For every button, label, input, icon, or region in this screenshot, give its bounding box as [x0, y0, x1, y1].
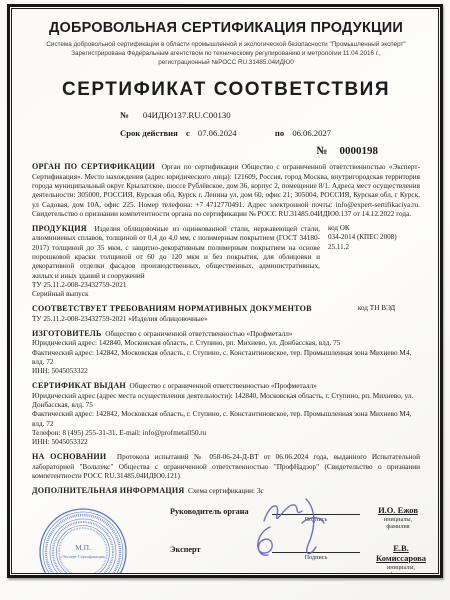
validity-to-date: 06.06.2027	[292, 128, 331, 138]
expert-signature-caption: Подпись	[272, 554, 360, 561]
section-basis: НА ОСНОВАНИИ Протокола испытаний № 058-0…	[32, 452, 420, 481]
section-basis-heading: НА ОСНОВАНИИ	[32, 452, 106, 461]
conforms-spacer	[312, 304, 358, 314]
system-title: ДОБРОВОЛЬНАЯ СЕРТИФИКАЦИЯ ПРОДУКЦИИ	[32, 20, 420, 36]
head-signature-row: Руководитель органа Подпись И.О. Ежов ин…	[170, 505, 420, 530]
section-certification-body-text: Орган по сертификации Общество с огранич…	[32, 163, 420, 217]
blank-number: 0000198	[340, 145, 379, 157]
conforms-code-label: код ТН ВЭД	[358, 304, 396, 314]
section-manufacturer: ИЗГОТОВИТЕЛЬ Общество с ограниченной отв…	[32, 329, 420, 376]
validity-from-date: 07.06.2024	[198, 128, 237, 138]
expert-name: Е.В. Комиссарова	[376, 543, 426, 563]
head-name: И.О. Ежов	[376, 505, 420, 515]
inner-frame: ДОБРОВОЛЬНАЯ СЕРТИФИКАЦИЯ ПРОДУКЦИИ Сист…	[11, 8, 439, 574]
system-description: Система добровольной сертификации в обла…	[32, 41, 420, 67]
issued-to-actual-address: Фактический адрес: 142842, Московская об…	[32, 410, 420, 429]
validity-label: Срок действия	[120, 128, 178, 138]
head-name-field: И.О. Ежов инициалы, фамилия	[376, 505, 420, 530]
expert-role-label: Эксперт	[170, 543, 272, 554]
section-product: ПРОДУКЦИЯ Изделия облицовочные из оцинко…	[32, 224, 420, 299]
product-code-value1: 034-2014 (КПЕС 2008)	[328, 233, 420, 242]
issued-to-inn: ИНН: 5045053322	[32, 438, 420, 447]
system-description-line3: регистрационный №РОСС RU.31485.04ИДЮ0	[32, 59, 420, 68]
system-description-line2: Зарегистрирована Федеральным агентством …	[32, 50, 420, 59]
validity-to-label: по	[275, 128, 284, 138]
outer-frame: ДОБРОВОЛЬНАЯ СЕРТИФИКАЦИЯ ПРОДУКЦИИ Сист…	[7, 4, 443, 578]
stamp-org-text: «Эксперт-Сертификация»	[60, 554, 106, 559]
section-product-heading: ПРОДУКЦИЯ	[32, 224, 87, 233]
section-certification-body: ОРГАН ПО СЕРТИФИКАЦИИ Орган по сертифика…	[32, 162, 420, 219]
section-issued-to: СЕРТИФИКАТ ВЫДАН Общество с ограниченной…	[32, 381, 420, 447]
expert-signature-field: Подпись	[272, 543, 360, 561]
system-description-line1: Система добровольной сертификации в обла…	[32, 41, 420, 50]
certificate-title: СЕРТИФИКАТ СООТВЕТСТВИЯ	[32, 79, 420, 101]
signature-block: М.П. «Эксперт-Сертификация» Руководитель…	[32, 505, 420, 574]
certificate-number-label: №	[120, 110, 129, 120]
product-code-value2: 25.11.2	[328, 243, 420, 252]
certificate-number-row: №04ИДЮ137.RU.C00130	[120, 110, 420, 120]
head-signature-field: Подпись	[272, 505, 360, 523]
product-code-label: код ОК	[328, 224, 420, 233]
product-code-column: код ОК 034-2014 (КПЕС 2008) 25.11.2	[328, 224, 420, 299]
certificate-number: 04ИДЮ137.RU.C00130	[143, 110, 231, 120]
expert-name-field: Е.В. Комиссарова инициалы, фамилия	[376, 543, 426, 574]
head-role-label: Руководитель органа	[170, 505, 272, 516]
certificate-page: ДОБРОВОЛЬНАЯ СЕРТИФИКАЦИЯ ПРОДУКЦИИ Сист…	[0, 0, 450, 600]
section-product-text: Изделия облицовочные из оцинкованной ста…	[32, 225, 320, 279]
section-conforms-heading-row: СООТВЕТСТВУЕТ ТРЕБОВАНИЯМ НОРМАТИВНЫХ ДО…	[32, 304, 420, 314]
section-conforms: СООТВЕТСТВУЕТ ТРЕБОВАНИЯМ НОРМАТИВНЫХ ДО…	[32, 304, 420, 324]
issued-to-contacts: Телефон: 8 (495) 255-31-31. E-mail: info…	[32, 429, 420, 438]
validity-from-label: с	[186, 128, 190, 138]
blank-number-label: №	[316, 145, 327, 157]
stamp-mp-text: М.П.	[75, 543, 91, 552]
manufacturer-inn: ИНН: 5045053322	[32, 367, 420, 376]
expert-name-caption: инициалы, фамилия	[376, 564, 426, 574]
manufacturer-name: Общество с ограниченной ответственностью…	[105, 330, 292, 338]
manufacturer-actual-address: Фактический адрес: 142842, Московская об…	[32, 349, 420, 368]
expert-signature-row: Эксперт Подпись Е.В. Комиссарова инициал…	[170, 543, 420, 574]
product-issue-type: Серийный выпуск	[32, 290, 320, 299]
head-signature-caption: Подпись	[272, 516, 360, 523]
issued-to-legal-address: Юридический адрес (адрес места осуществл…	[32, 392, 420, 411]
section-conforms-text: ТУ 25.11.2-008-23432759-2021 «Изделия об…	[32, 315, 420, 324]
section-additional-text: Схема сертификации: 3с	[188, 487, 264, 495]
head-name-caption: инициалы, фамилия	[376, 516, 420, 530]
issued-to-name: Общество с ограниченной ответственностью…	[130, 382, 317, 390]
section-issued-to-heading: СЕРТИФИКАТ ВЫДАН	[32, 381, 126, 390]
expert-signature-line	[272, 543, 360, 553]
blank-number-row: №0000198	[32, 145, 378, 157]
section-certification-body-heading: ОРГАН ПО СЕРТИФИКАЦИИ	[32, 162, 155, 171]
section-additional: ДОПОЛНИТЕЛЬНАЯ ИНФОРМАЦИЯ Схема сертифик…	[32, 486, 420, 496]
section-product-main: ПРОДУКЦИЯ Изделия облицовочные из оцинко…	[32, 224, 320, 299]
section-manufacturer-heading: ИЗГОТОВИТЕЛЬ	[32, 329, 102, 338]
round-stamp-seal: М.П. «Эксперт-Сертификация»	[38, 507, 128, 574]
validity-row: Срок действия с 07.06.2024 по 06.06.2027	[120, 128, 420, 138]
head-signature-line	[272, 505, 360, 515]
section-additional-heading: ДОПОЛНИТЕЛЬНАЯ ИНФОРМАЦИЯ	[32, 486, 184, 495]
signature-rows: Руководитель органа Подпись И.О. Ежов ин…	[170, 505, 420, 574]
manufacturer-legal-address: Юридический адрес: 142840, Московская об…	[32, 339, 420, 348]
section-conforms-heading: СООТВЕТСТВУЕТ ТРЕБОВАНИЯМ НОРМАТИВНЫХ ДО…	[32, 304, 312, 314]
product-tu: ТУ 25.11.2-008-23432759-2021	[32, 281, 320, 290]
